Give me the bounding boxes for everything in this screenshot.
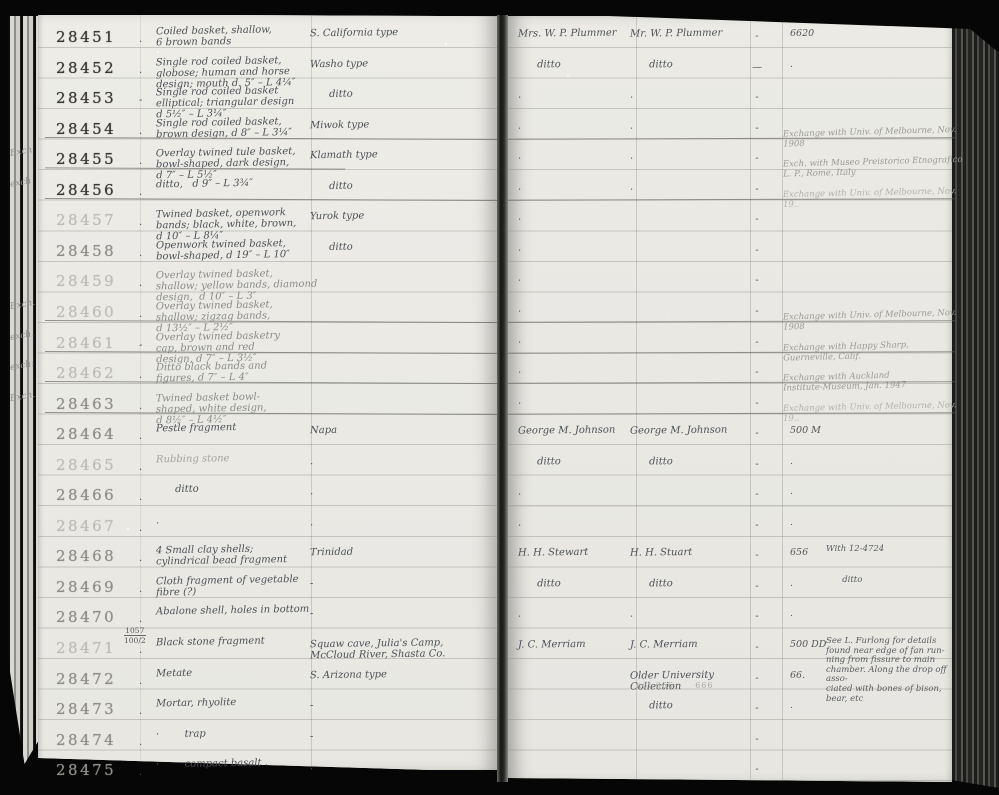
number-dot: .	[139, 737, 142, 748]
row-left-page: exch 28456 . ditto, d 9″ – L 3¾″ ditto	[38, 175, 497, 206]
check-dash: -	[746, 275, 768, 286]
catalog-number: 28459	[56, 272, 116, 290]
ledger-row: 28475 . · compact basalt . . -	[0, 755, 999, 786]
ledger-row: exch. 28461 - Overlay twined basketry ca…	[0, 328, 999, 359]
row-right-page: . - .	[508, 480, 952, 511]
locality-type: .	[310, 453, 490, 467]
entry-description: ditto	[156, 483, 318, 497]
received-from: .	[630, 88, 750, 100]
row-right-page: . . - .	[508, 602, 952, 633]
row-right-page: . - Exchange with Happy Sharp, Guernevil…	[508, 328, 952, 359]
locality-type: .	[310, 759, 490, 773]
margin-exchange-note: exch	[9, 176, 32, 190]
collector-name: .	[518, 119, 636, 131]
received-from: ditto	[630, 699, 750, 711]
pencil-subnote: not 066 666	[636, 681, 714, 690]
row-right-page: . . - Exch. with Museo Preistorico Etnog…	[508, 144, 952, 175]
ledger-row: exch: 28462 . Ditto black bands and figu…	[0, 358, 999, 389]
collector-name: .	[518, 608, 636, 620]
row-left-page: 28475 . · compact basalt . .	[38, 755, 497, 786]
check-dash: -	[746, 337, 768, 348]
catalog-number: 28474	[56, 731, 116, 749]
received-from: J. C. Merriam	[630, 638, 750, 650]
catalog-number: 28462	[56, 364, 116, 382]
row-left-page: 28473 . Mortar, rhyolite -	[38, 694, 497, 725]
locality-type: Klamath type	[310, 148, 490, 162]
row-right-page: George M. Johnson George M. Johnson - 50…	[508, 419, 952, 450]
received-from: ditto	[630, 58, 750, 70]
ledger-row: 28454 . Single rod coiled basket, brown …	[0, 114, 999, 145]
accession-number: .	[790, 456, 838, 467]
check-dash: -	[746, 398, 768, 409]
received-from: George M. Johnson	[630, 425, 750, 437]
accession-number: .	[790, 486, 838, 497]
check-dash: -	[746, 153, 768, 164]
entry-description: Metate	[156, 666, 318, 680]
number-dot: .	[139, 248, 142, 259]
ledger-row: Exch 28455 . Overlay twined tule basket,…	[0, 144, 999, 175]
collector-name: .	[518, 486, 636, 498]
entry-description: Mortar, rhyolite	[156, 697, 318, 711]
locality-type: ditto	[310, 178, 490, 192]
number-dot: .	[139, 706, 142, 717]
check-dash: -	[746, 184, 768, 195]
catalog-number: 28471	[56, 639, 116, 657]
entry-description: Pestle fragment	[156, 422, 318, 436]
received-from	[630, 486, 750, 487]
catalog-number: 28472	[56, 670, 116, 688]
check-dash: -	[746, 520, 768, 531]
row-right-page: . - Exchange with Univ. of Melbourne, No…	[508, 297, 952, 328]
row-left-page: 28451 . Coiled basket, shallow, 6 brown …	[38, 22, 497, 53]
row-right-page: . - Exchange with Auckland Institute-Mus…	[508, 358, 952, 389]
ledger-row: 28471 . 1057100/2 Black stone fragment S…	[0, 633, 999, 664]
check-dash: -	[746, 459, 768, 470]
accession-number: .	[790, 608, 838, 619]
check-dash: -	[746, 642, 768, 653]
catalog-number: 28465	[56, 456, 116, 474]
number-dot: .	[139, 462, 142, 473]
locality-type: -	[310, 728, 490, 742]
locality-type: .	[310, 515, 490, 529]
received-from: Mr. W. P. Plummer	[630, 27, 750, 39]
row-left-page: exch. 28461 - Overlay twined basketry ca…	[38, 328, 497, 359]
received-from: .	[630, 150, 750, 162]
locality-type: S. Arizona type	[310, 667, 490, 681]
ledger-row: 28466 . ditto . . - .	[0, 480, 999, 511]
accession-number: .	[790, 700, 838, 711]
entry-description: Coiled basket, shallow, 6 brown bands	[156, 25, 318, 49]
locality-type: Yurok type	[310, 209, 490, 223]
number-dot: .	[139, 65, 142, 76]
entry-description: .	[156, 513, 318, 527]
ledger-scan: 28451 . Coiled basket, shallow, 6 brown …	[0, 0, 999, 795]
number-dot: .	[139, 492, 142, 503]
margin-exchange-note: Exch	[9, 145, 33, 159]
row-left-page: 28457 . Twined basket, openwork bands; b…	[38, 205, 497, 236]
catalog-number: 28463	[56, 395, 116, 413]
row-right-page: ditto ditto - . ditto	[508, 572, 952, 603]
collector-name	[518, 730, 636, 731]
entry-description: Cloth fragment of vegetable fibre (?)	[156, 574, 318, 598]
ledger-row: 28467 . . . . - .	[0, 511, 999, 542]
row-left-page: 28467 . . .	[38, 511, 497, 542]
received-from: H. H. Stuart	[630, 547, 750, 559]
locality-type	[310, 301, 490, 304]
ledger-row: 28457 . Twined basket, openwork bands; b…	[0, 205, 999, 236]
ledger-rows: 28451 . Coiled basket, shallow, 6 brown …	[0, 0, 999, 795]
row-left-page: 28459 . Overlay twined basket, shallow; …	[38, 266, 497, 297]
number-dot: .	[139, 370, 142, 381]
number-dot: .	[139, 34, 142, 45]
accession-number: .	[790, 59, 838, 70]
received-from: .	[630, 608, 750, 620]
received-from	[630, 394, 750, 395]
collector-name: .	[518, 516, 636, 528]
row-left-page: 28468 . 4 Small clay shells; cylindrical…	[38, 541, 497, 572]
catalog-number: 28452	[56, 59, 116, 77]
locality-type: S. California type	[310, 26, 490, 40]
locality-type: Trinidad	[310, 545, 490, 559]
locality-type: -	[310, 698, 490, 712]
catalog-number: 28454	[56, 120, 116, 138]
received-from	[630, 211, 750, 212]
locality-type: Napa	[310, 423, 490, 437]
specimen-number-fraction: 1057100/2	[124, 626, 146, 645]
ledger-row: 28465 . Rubbing stone . ditto ditto - .	[0, 450, 999, 481]
row-right-page: J. C. Merriam J. C. Merriam - 500 DD See…	[508, 633, 952, 664]
row-left-page: 28464 . Pestle fragment Napa	[38, 419, 497, 450]
check-dash: -	[746, 31, 768, 42]
row-right-page: ditto ditto - .	[508, 450, 952, 481]
check-dash: -	[746, 123, 768, 134]
locality-type: Miwok type	[310, 117, 490, 131]
check-dash: -	[746, 550, 768, 561]
check-dash: —	[746, 62, 768, 73]
collector-name: .	[518, 272, 636, 284]
row-left-page: 28452 . Single rod coiled basket, globos…	[38, 53, 497, 84]
entry-description: · compact basalt .	[156, 758, 318, 772]
check-dash: -	[746, 764, 768, 775]
number-dot: .	[139, 401, 142, 412]
row-right-page: . . - Exchange with Univ. of Melbourne, …	[508, 175, 952, 206]
number-dot: .	[139, 676, 142, 687]
catalog-number: 28469	[56, 578, 116, 596]
number-dot: .	[139, 217, 142, 228]
received-from	[630, 333, 750, 334]
check-dash: -	[746, 703, 768, 714]
received-from	[630, 730, 750, 731]
entry-description: Openwork twined basket, bowl-shaped, d 1…	[156, 238, 318, 262]
row-right-page: . - .	[508, 511, 952, 542]
ledger-row: 28474 . · trap - -	[0, 725, 999, 756]
row-right-page: ditto - .	[508, 694, 952, 725]
row-left-page: Exch 28455 . Overlay twined tule basket,…	[38, 144, 497, 175]
row-right-page: -	[508, 725, 952, 756]
collector-name: ditto	[518, 455, 636, 467]
check-dash: -	[746, 214, 768, 225]
catalog-number: 28464	[56, 425, 116, 443]
ledger-row: 28453 - Single rod coiled basket ellipti…	[0, 83, 999, 114]
accession-number: .	[790, 517, 838, 528]
ledger-row: 28451 . Coiled basket, shallow, 6 brown …	[0, 22, 999, 53]
margin-exchange-note: exch:	[9, 359, 35, 373]
check-dash: -	[746, 306, 768, 317]
received-from	[630, 241, 750, 242]
row-left-page: 28465 . Rubbing stone .	[38, 450, 497, 481]
locality-type	[310, 331, 490, 334]
catalog-number: 28460	[56, 303, 116, 321]
row-right-page: H. H. Stewart H. H. Stuart - 656 With 12…	[508, 541, 952, 572]
number-dot: .	[139, 156, 142, 167]
received-from: ditto	[630, 455, 750, 467]
catalog-number: 28456	[56, 181, 116, 199]
number-dot: -	[139, 95, 142, 106]
entry-description: Rubbing stone	[156, 452, 318, 466]
row-left-page: 28472 . Metate S. Arizona type	[38, 664, 497, 695]
received-from	[630, 302, 750, 303]
catalog-number: 28468	[56, 547, 116, 565]
ledger-row: 28464 . Pestle fragment Napa George M. J…	[0, 419, 999, 450]
row-right-page: . . - Exchange with Univ. of Melbourne, …	[508, 114, 952, 145]
collector-name: J. C. Merriam	[518, 638, 636, 650]
catalog-number: 28475	[56, 761, 116, 779]
locality-type: Squaw cave, Julia's Camp, McCloud River,…	[310, 637, 490, 662]
locality-type: .	[310, 484, 490, 498]
number-dot: .	[139, 187, 142, 198]
ledger-row: 28458 . Openwork twined basket, bowl-sha…	[0, 236, 999, 267]
margin-exchange-note: Exch.	[9, 389, 36, 403]
received-from: .	[630, 180, 750, 192]
check-dash: -	[746, 92, 768, 103]
number-dot: .	[139, 309, 142, 320]
received-from	[630, 363, 750, 364]
check-dash: -	[746, 673, 768, 684]
collector-name: H. H. Stewart	[518, 547, 636, 559]
received-from	[630, 272, 750, 273]
entry-description: Black stone fragment	[156, 636, 318, 650]
collector-name: .	[518, 363, 636, 375]
row-left-page: 28471 . 1057100/2 Black stone fragment S…	[38, 633, 497, 664]
number-dot: .	[139, 645, 142, 656]
row-left-page: 28453 - Single rod coiled basket ellipti…	[38, 83, 497, 114]
ledger-row: 28470 . Abalone shell, holes in bottom -…	[0, 602, 999, 633]
ledger-row: 28468 . 4 Small clay shells; cylindrical…	[0, 541, 999, 572]
received-from: ditto	[630, 577, 750, 589]
received-from	[630, 516, 750, 517]
row-right-page: . . -	[508, 83, 952, 114]
ledger-row: 28472 . Metate S. Arizona type Older Uni…	[0, 664, 999, 695]
remarks-note: ditto	[826, 576, 958, 586]
received-from	[630, 761, 750, 762]
collector-name: .	[518, 333, 636, 345]
collector-name: .	[518, 150, 636, 162]
catalog-number: 28455	[56, 150, 116, 168]
entry-description: · trap	[156, 727, 318, 741]
check-dash: -	[746, 489, 768, 500]
locality-type	[310, 270, 490, 273]
collector-name: .	[518, 88, 636, 100]
number-dot: .	[139, 584, 142, 595]
margin-exchange-note: exch.	[9, 328, 34, 342]
check-dash: -	[746, 581, 768, 592]
row-right-page: . -	[508, 236, 952, 267]
row-left-page: 28469 . Cloth fragment of vegetable fibr…	[38, 572, 497, 603]
row-left-page: 28458 . Openwork twined basket, bowl-sha…	[38, 236, 497, 267]
row-right-page: -	[508, 755, 952, 786]
row-left-page: 28470 . Abalone shell, holes in bottom -	[38, 602, 497, 633]
row-left-page: 28474 . · trap -	[38, 725, 497, 756]
collector-name: ditto	[518, 577, 636, 589]
collector-name: George M. Johnson	[518, 425, 636, 437]
collector-name: .	[518, 211, 636, 223]
ledger-row: 28459 . Overlay twined basket, shallow; …	[0, 266, 999, 297]
row-right-page: ditto ditto — .	[508, 53, 952, 84]
collector-name: Mrs. W. P. Plummer	[518, 27, 636, 39]
ledger-row: 28469 . Cloth fragment of vegetable fibr…	[0, 572, 999, 603]
locality-type: -	[310, 576, 490, 590]
number-dot: .	[139, 126, 142, 137]
collector-name: .	[518, 302, 636, 314]
row-left-page: 28466 . ditto .	[38, 480, 497, 511]
collector-name	[518, 761, 636, 762]
locality-type: -	[310, 606, 490, 620]
catalog-number: 28461	[56, 334, 116, 352]
ledger-row: Exch. 28460 . Overlay twined basket, sha…	[0, 297, 999, 328]
catalog-number: 28458	[56, 242, 116, 260]
row-right-page: . -	[508, 266, 952, 297]
locality-type: ditto	[310, 87, 490, 101]
row-left-page: exch: 28462 . Ditto black bands and figu…	[38, 358, 497, 389]
accession-number: 66.	[790, 670, 838, 681]
remarks-note: With 12-4724	[826, 545, 958, 555]
ledger-row: exch 28456 . ditto, d 9″ – L 3¾″ ditto .…	[0, 175, 999, 206]
catalog-number: 28473	[56, 700, 116, 718]
check-dash: -	[746, 734, 768, 745]
number-dot: -	[139, 340, 142, 351]
number-dot: .	[139, 431, 142, 442]
collector-name: .	[518, 241, 636, 253]
ledger-row: Exch. 28463 . Twined basket bowl- shaped…	[0, 389, 999, 420]
check-dash: -	[746, 428, 768, 439]
catalog-number: 28467	[56, 517, 116, 535]
accession-number: 500 M	[790, 425, 838, 436]
row-right-page: Mrs. W. P. Plummer Mr. W. P. Plummer - 6…	[508, 22, 952, 53]
number-dot: .	[139, 523, 142, 534]
locality-type	[310, 362, 490, 365]
accession-number: 6620	[790, 28, 838, 39]
ledger-row: 28452 . Single rod coiled basket, globos…	[0, 53, 999, 84]
locality-type: Washo type	[310, 56, 490, 70]
catalog-number: 28466	[56, 486, 116, 504]
check-dash: -	[746, 367, 768, 378]
collector-name: .	[518, 180, 636, 192]
catalog-number: 28470	[56, 608, 116, 626]
collector-name: .	[518, 394, 636, 406]
entry-description: ditto, d 9″ – L 3¾″	[156, 177, 318, 191]
row-right-page: . - Exchange with Univ. of Melbourne, No…	[508, 389, 952, 420]
collector-name	[518, 669, 636, 670]
number-dot: .	[139, 278, 142, 289]
row-left-page: Exch. 28460 . Overlay twined basket, sha…	[38, 297, 497, 328]
number-dot: .	[139, 553, 142, 564]
locality-type: ditto	[310, 240, 490, 254]
margin-exchange-note: Exch.	[9, 298, 36, 312]
catalog-number: 28451	[56, 28, 116, 46]
number-dot: .	[139, 614, 142, 625]
received-from: .	[630, 119, 750, 131]
number-dot: .	[139, 767, 142, 778]
check-dash: -	[746, 611, 768, 622]
row-right-page: Older University Collection not 066 666 …	[508, 664, 952, 695]
row-right-page: . -	[508, 205, 952, 236]
collector-name	[518, 699, 636, 700]
entry-description: 4 Small clay shells; cylindrical bead fr…	[156, 544, 318, 568]
catalog-number: 28453	[56, 89, 116, 107]
locality-type	[310, 392, 490, 395]
collector-name: ditto	[518, 58, 636, 70]
row-left-page: Exch. 28463 . Twined basket bowl- shaped…	[38, 389, 497, 420]
catalog-number: 28457	[56, 211, 116, 229]
row-left-page: 28454 . Single rod coiled basket, brown …	[38, 114, 497, 145]
entry-description: Abalone shell, holes in bottom	[156, 605, 318, 619]
check-dash: -	[746, 245, 768, 256]
ledger-row: 28473 . Mortar, rhyolite - ditto - .	[0, 694, 999, 725]
